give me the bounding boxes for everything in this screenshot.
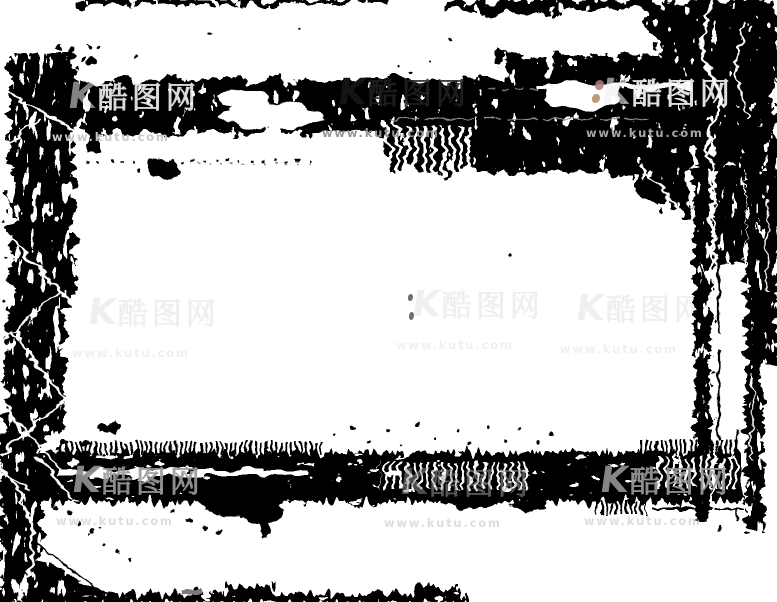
grunge-frame-graphic bbox=[0, 0, 777, 602]
stage: K酷图网 www.kutu.com K酷图网 www.kutu.com K酷图网… bbox=[0, 0, 777, 602]
left-border-ink bbox=[0, 52, 118, 602]
